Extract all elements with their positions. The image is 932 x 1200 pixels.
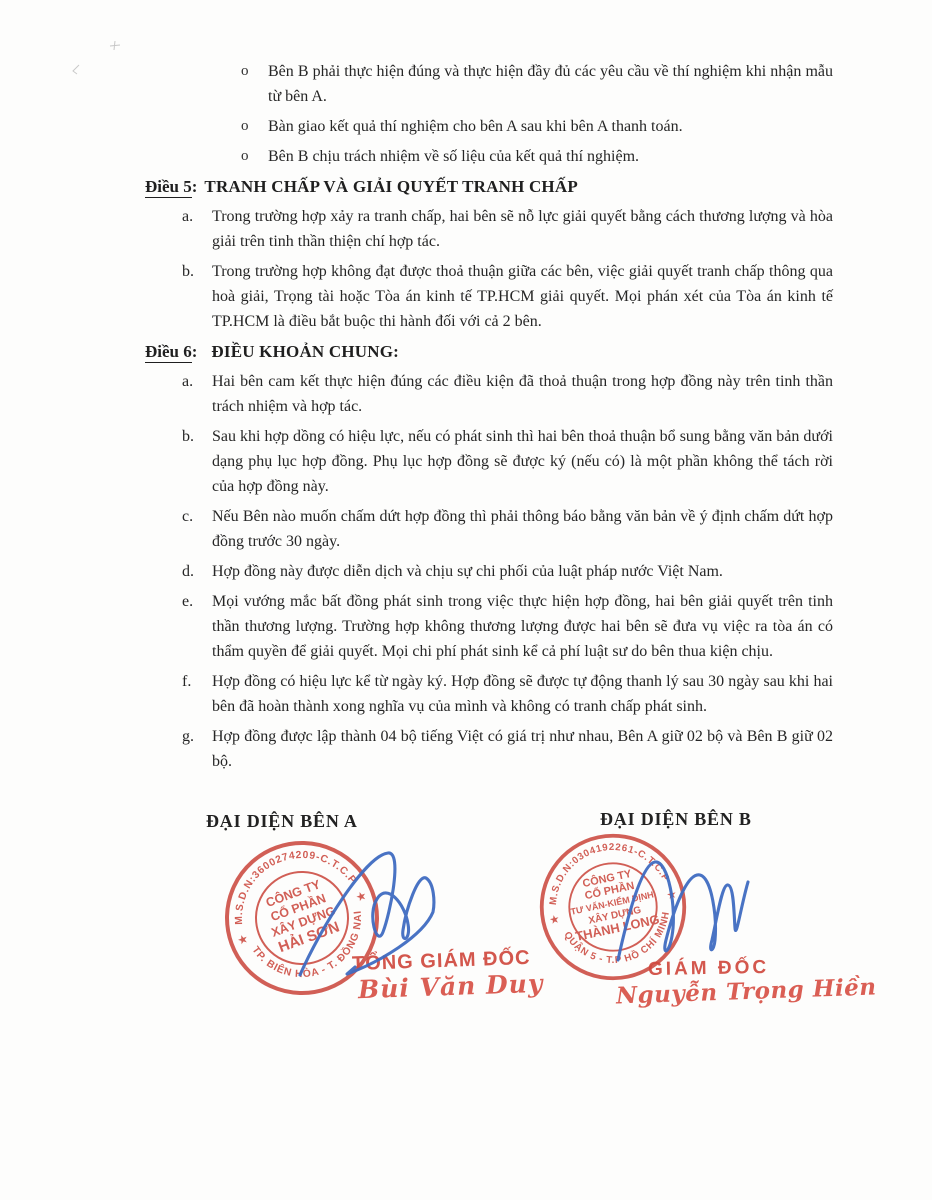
list-item: g. Hợp đồng được lập thành 04 bộ tiếng V… xyxy=(145,724,833,774)
letter-marker: b. xyxy=(182,259,194,284)
star-icon: ★ xyxy=(235,931,250,948)
article-label: Điều 6 xyxy=(145,342,192,363)
signature-ink-ben-a xyxy=(285,844,475,984)
list-item: a. Hai bên cam kết thực hiện đúng các đi… xyxy=(145,369,833,419)
article-title: ĐIỀU KHOẢN CHUNG: xyxy=(211,342,399,361)
signature-ink-ben-b xyxy=(596,848,761,968)
bullet-marker: o xyxy=(241,59,249,84)
article-sep: : xyxy=(192,177,198,196)
star-icon: ★ xyxy=(548,913,560,927)
list-item: e. Mọi vướng mắc bất đồng phát sinh tron… xyxy=(145,589,833,664)
letter-marker: a. xyxy=(182,369,193,394)
list-item: o Bàn giao kết quả thí nghiệm cho bên A … xyxy=(145,114,833,139)
list-item-text: Nếu Bên nào muốn chấm dứt hợp đồng thì p… xyxy=(212,508,833,550)
letter-marker: c. xyxy=(182,504,193,529)
list-item: d. Hợp đồng này được diễn dịch và chịu s… xyxy=(145,559,833,584)
letter-marker: e. xyxy=(182,589,193,614)
contract-body: o Bên B phải thực hiện đúng và thực hiện… xyxy=(145,59,833,779)
list-item: f. Hợp đồng có hiệu lực kể từ ngày ký. H… xyxy=(145,669,833,719)
article-sep: : xyxy=(192,342,198,361)
list-item-text: Hợp đồng được lập thành 04 bộ tiếng Việt… xyxy=(212,728,833,770)
list-item: b. Sau khi hợp dồng có hiệu lực, nếu có … xyxy=(145,424,833,499)
list-item-text: Hợp đồng có hiệu lực kể từ ngày ký. Hợp … xyxy=(212,673,833,715)
scan-artifact xyxy=(108,40,122,52)
letter-marker: b. xyxy=(182,424,194,449)
letter-marker: g. xyxy=(182,724,194,749)
scan-artifact xyxy=(71,64,81,76)
list-item: b. Trong trường hợp không đạt được thoả … xyxy=(145,259,833,334)
list-item: o Bên B chịu trách nhiệm về số liệu của … xyxy=(145,144,833,169)
list-item: o Bên B phải thực hiện đúng và thực hiện… xyxy=(145,59,833,109)
letter-marker: a. xyxy=(182,204,193,229)
list-item-text: Trong trường hợp xảy ra tranh chấp, hai … xyxy=(212,208,833,250)
list-item-text: Sau khi hợp dồng có hiệu lực, nếu có phá… xyxy=(212,428,833,495)
bullet-marker: o xyxy=(241,144,249,169)
signature-area: ĐẠI DIỆN BÊN A ĐẠI DIỆN BÊN B M.S.D.N:36… xyxy=(0,798,932,1200)
list-item-text: Trong trường hợp không đạt được thoả thu… xyxy=(212,263,833,330)
list-item-text: Bên B chịu trách nhiệm về số liệu của kế… xyxy=(268,148,639,165)
list-item-text: Bàn giao kết quả thí nghiệm cho bên A sa… xyxy=(268,118,683,135)
list-item-text: Hợp đồng này được diễn dịch và chịu sự c… xyxy=(212,563,723,580)
contract-page: o Bên B phải thực hiện đúng và thực hiện… xyxy=(0,0,932,1200)
list-item: c. Nếu Bên nào muốn chấm dứt hợp đồng th… xyxy=(145,504,833,554)
letter-marker: d. xyxy=(182,559,194,584)
letter-marker: f. xyxy=(182,669,191,694)
article-5-heading: Điều 5:TRANH CHẤP VÀ GIẢI QUYẾT TRANH CH… xyxy=(145,174,833,199)
article-title: TRANH CHẤP VÀ GIẢI QUYẾT TRANH CHẤP xyxy=(204,177,578,196)
list-item-text: Bên B phải thực hiện đúng và thực hiện đ… xyxy=(268,63,833,105)
list-item: a. Trong trường hợp xảy ra tranh chấp, h… xyxy=(145,204,833,254)
article-label: Điều 5 xyxy=(145,177,192,198)
list-item-text: Mọi vướng mắc bất đồng phát sinh trong v… xyxy=(212,593,833,660)
list-item-text: Hai bên cam kết thực hiện đúng các điều … xyxy=(212,373,833,415)
bullet-marker: o xyxy=(241,114,249,139)
article-6-heading: Điều 6:ĐIỀU KHOẢN CHUNG: xyxy=(145,339,833,364)
